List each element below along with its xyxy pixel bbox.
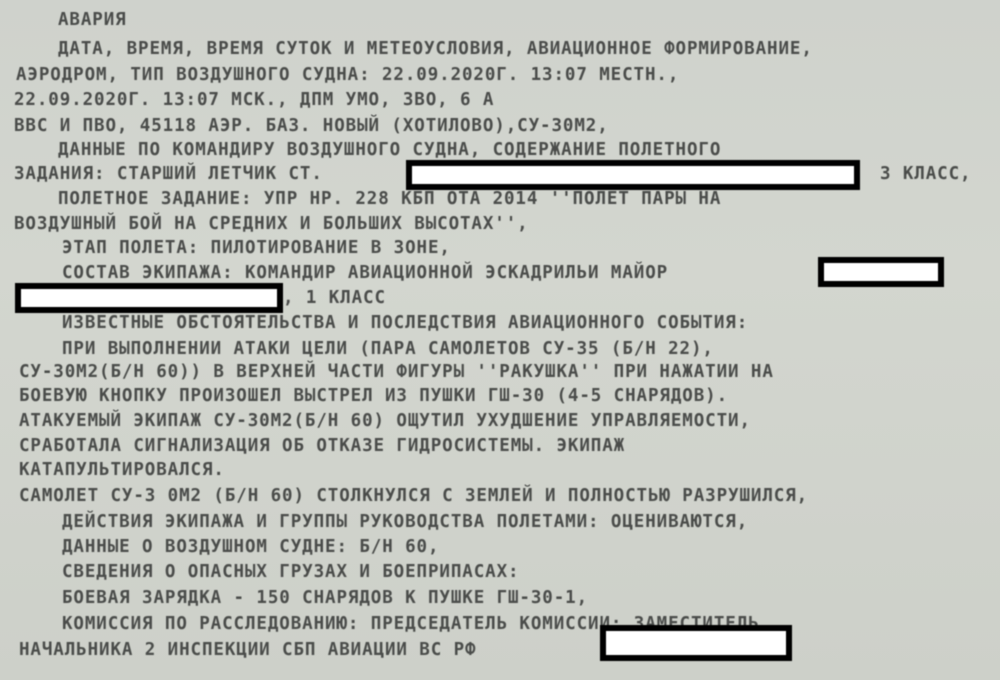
text-line: СВЕДЕНИЯ О ОПАСНЫХ ГРУЗАХ И БОЕПРИПАСАХ: [62, 561, 519, 583]
text-line: , 1 КЛАСС [283, 287, 386, 309]
text-line: СУ-30М2(Б/Н 60)) В ВЕРХНЕЙ ЧАСТИ ФИГУРЫ … [19, 361, 774, 383]
redaction-box-commander-name-cont [15, 283, 283, 313]
text-line: БОЕВУЮ КНОПКУ ПРОИЗОШЕЛ ВЫСТРЕЛ ИЗ ПУШКИ… [19, 385, 728, 407]
text-line: АТАКУЕМЫЙ ЭКИПАЖ СУ-30М2(Б/Н 60) ОЩУТИЛ … [19, 410, 751, 432]
text-line: ВВС И ПВО, 45118 АЭР. БАЗ. НОВЫЙ (ХОТИЛО… [14, 115, 609, 137]
text-line: КАТАПУЛЬТИРОВАЛСЯ. [19, 459, 225, 481]
text-line: ЭТАП ПОЛЕТА: ПИЛОТИРОВАНИЕ В ЗОНЕ, [62, 237, 451, 259]
text-line: 3 КЛАСС, [880, 163, 972, 185]
redaction-box-pilot-name [406, 160, 860, 190]
text-line: НАЧАЛЬНИКА 2 ИНСПЕКЦИИ СБП АВИАЦИИ ВС РФ [19, 639, 476, 661]
text-line: ДАННЫЕ О ВОЗДУШНОМ СУДНЕ: Б/Н 60, [62, 536, 439, 558]
text-line: 22.09.2020Г. 13:07 МСК., ДПМ УМО, 3ВО, 6… [14, 89, 494, 111]
text-line: ЗАДАНИЯ: СТАРШИЙ ЛЕТЧИК СТ. [14, 163, 323, 185]
redaction-box-commission-chair [600, 625, 792, 661]
text-line: ВОЗДУШНЫЙ БОЙ НА СРЕДНИХ И БОЛЬШИХ ВЫСОТ… [14, 213, 529, 235]
text-line: БОЕВАЯ ЗАРЯДКА - 150 СНАРЯДОВ К ПУШКЕ ГШ… [62, 587, 588, 609]
text-line: ИЗВЕСТНЫЕ ОБСТОЯТЕЛЬСТВА И ПОСЛЕДСТВИЯ А… [62, 312, 748, 334]
accident-report-document: АВАРИЯ ДАТА, ВРЕМЯ, ВРЕМЯ СУТОК И МЕТЕОУ… [0, 0, 1000, 680]
text-line: ПРИ ВЫПОЛНЕНИИ АТАКИ ЦЕЛИ (ПАРА САМОЛЕТО… [62, 338, 714, 360]
text-line: АЭРОДРОМ, ТИП ВОЗДУШНОГО СУДНА: 22.09.20… [16, 64, 679, 86]
text-line: САМОЛЕТ СУ-3 0М2 (Б/Н 60) СТОЛКНУЛСЯ С З… [19, 485, 808, 507]
text-line: ПОЛЕТНОЕ ЗАДАНИЕ: УПР НР. 228 КБП ОТА 20… [58, 188, 721, 210]
redaction-box-commander-name [818, 257, 944, 287]
text-line: ДЕЙСТВИЯ ЭКИПАЖА И ГРУППЫ РУКОВОДСТВА ПО… [62, 511, 748, 533]
text-line: СРАБОТАЛА СИГНАЛИЗАЦИЯ ОБ ОТКАЗЕ ГИДРОСИ… [19, 435, 625, 457]
text-line: СОСТАВ ЭКИПАЖА: КОМАНДИР АВИАЦИОННОЙ ЭСК… [62, 262, 668, 284]
report-title: АВАРИЯ [58, 9, 127, 31]
text-line: ДАТА, ВРЕМЯ, ВРЕМЯ СУТОК И МЕТЕОУСЛОВИЯ,… [58, 38, 813, 60]
text-line: ДАННЫЕ ПО КОМАНДИРУ ВОЗДУШНОГО СУДНА, СО… [58, 139, 721, 161]
